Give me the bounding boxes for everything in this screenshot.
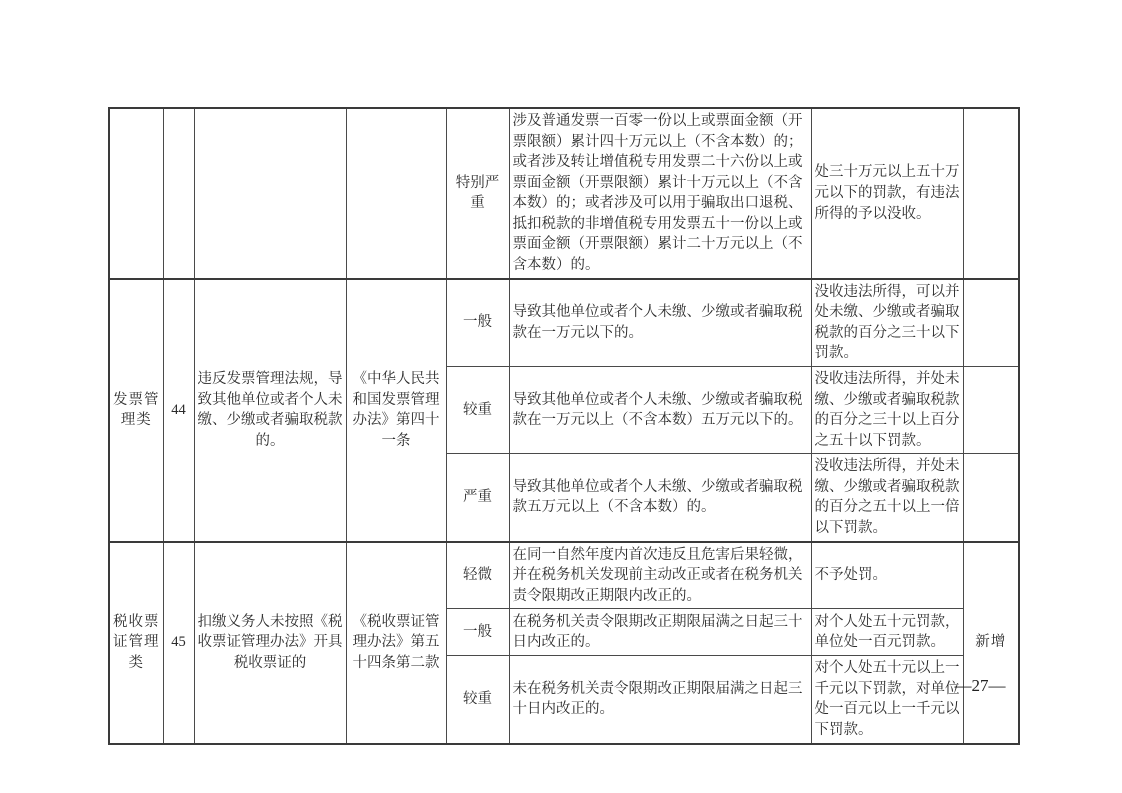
cell-violation-detail: 在同一自然年度内首次违反且危害后果轻微，并在税务机关发现前主动改正或者在税务机关… <box>509 542 811 609</box>
cell-penalty: 没收违法所得，并处未缴、少缴或者骗取税款的百分之三十以上百分之五十以下罚款。 <box>811 366 963 453</box>
cell-violation-detail: 未在税务机关责令限期改正期限届满之日起三十日内改正的。 <box>509 656 811 744</box>
cell-item-number: 45 <box>163 542 194 744</box>
cell-severity: 一般 <box>446 279 509 367</box>
table-row: 发票管理类 44 违反发票管理法规，导致其他单位或者个人未缴、少缴或者骗取税款的… <box>109 279 1019 367</box>
cell-description: 扣缴义务人未按照《税收票证管理办法》开具税收票证的 <box>194 542 346 744</box>
tax-penalty-table: 特别严重 涉及普通发票一百零一份以上或票面金额（开票限额）累计四十万元以上（不含… <box>108 107 1020 745</box>
cell-violation-detail: 导致其他单位或者个人未缴、少缴或者骗取税款在一万元以上（不含本数）五万元以下的。 <box>509 366 811 453</box>
cell-legal-basis <box>346 108 446 279</box>
cell-note <box>963 366 1019 453</box>
table-row: 税收票证管理类 45 扣缴义务人未按照《税收票证管理办法》开具税收票证的 《税收… <box>109 542 1019 609</box>
document-page: 特别严重 涉及普通发票一百零一份以上或票面金额（开票限额）累计四十万元以上（不含… <box>0 0 1122 793</box>
cell-category: 税收票证管理类 <box>109 542 163 744</box>
cell-note: 新增 <box>963 542 1019 744</box>
page-number: —27— <box>940 676 1020 696</box>
cell-note <box>963 108 1019 279</box>
cell-severity: 特别严重 <box>446 108 509 279</box>
cell-severity: 轻微 <box>446 542 509 609</box>
cell-note <box>963 454 1019 542</box>
cell-penalty: 对个人处五十元以上一千元以下罚款，对单位处一百元以上一千元以下罚款。 <box>811 656 963 744</box>
cell-severity: 严重 <box>446 454 509 542</box>
cell-penalty: 没收违法所得，可以并处未缴、少缴或者骗取税款的百分之三十以下罚款。 <box>811 279 963 367</box>
cell-penalty: 对个人处五十元罚款，单位处一百元罚款。 <box>811 609 963 656</box>
cell-legal-basis: 《中华人民共和国发票管理办法》第四十一条 <box>346 279 446 542</box>
cell-severity: 一般 <box>446 609 509 656</box>
cell-penalty: 处三十万元以上五十万元以下的罚款，有违法所得的予以没收。 <box>811 108 963 279</box>
cell-violation-detail: 涉及普通发票一百零一份以上或票面金额（开票限额）累计四十万元以上（不含本数）的；… <box>509 108 811 279</box>
cell-penalty: 没收违法所得，并处未缴、少缴或者骗取税款的百分之五十以上一倍以下罚款。 <box>811 454 963 542</box>
cell-severity: 较重 <box>446 366 509 453</box>
cell-description <box>194 108 346 279</box>
cell-description: 违反发票管理法规，导致其他单位或者个人未缴、少缴或者骗取税款的。 <box>194 279 346 542</box>
cell-penalty: 不予处罚。 <box>811 542 963 609</box>
cell-violation-detail: 导致其他单位或者个人未缴、少缴或者骗取税款五万元以上（不含本数）的。 <box>509 454 811 542</box>
cell-item-number <box>163 108 194 279</box>
cell-note <box>963 279 1019 367</box>
cell-severity: 较重 <box>446 656 509 744</box>
cell-category <box>109 108 163 279</box>
cell-category: 发票管理类 <box>109 279 163 542</box>
cell-legal-basis: 《税收票证管理办法》第五十四条第二款 <box>346 542 446 744</box>
cell-violation-detail: 在税务机关责令限期改正期限届满之日起三十日内改正的。 <box>509 609 811 656</box>
cell-violation-detail: 导致其他单位或者个人未缴、少缴或者骗取税款在一万元以下的。 <box>509 279 811 367</box>
cell-item-number: 44 <box>163 279 194 542</box>
table-row: 特别严重 涉及普通发票一百零一份以上或票面金额（开票限额）累计四十万元以上（不含… <box>109 108 1019 279</box>
